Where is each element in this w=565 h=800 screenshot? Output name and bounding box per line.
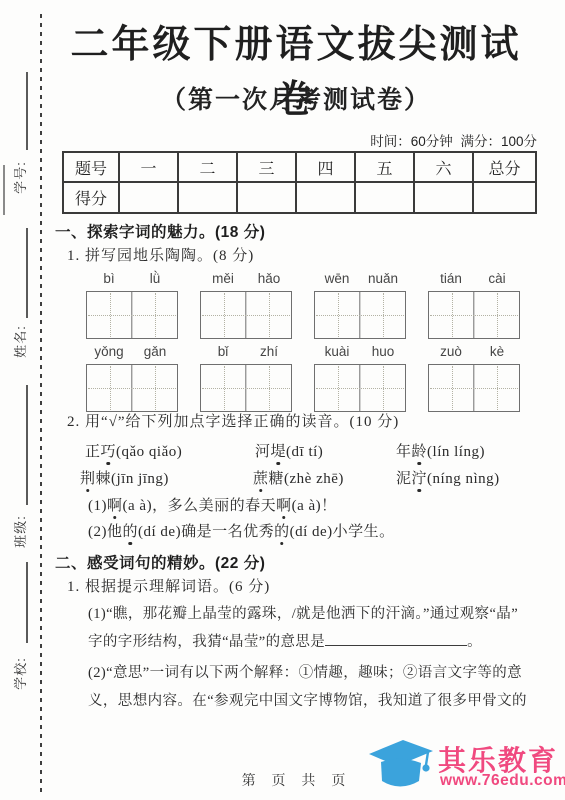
section1-heading: 一、探索字词的魅力。(18 分): [55, 220, 265, 242]
score-table-score-row: 得分: [63, 182, 536, 213]
paragraph-line: (1)“瞧，那花瓣上晶莹的露珠，/就是他洒下的汗滴。”通过观察“晶”: [88, 602, 518, 623]
grid-dotted-guide: [452, 293, 453, 337]
pinyin-syllable: hǎo: [246, 271, 292, 289]
pinyin-labels: zuò kè: [428, 344, 520, 362]
dotted-char: 的: [123, 524, 139, 540]
sentence-text: (a à)！: [292, 498, 337, 514]
score-table-header-cell: 一: [119, 152, 178, 182]
grid-dotted-guide: [155, 293, 156, 337]
grid-dotted-guide: [202, 388, 290, 389]
pinyin-syllable: zuò: [428, 344, 474, 362]
grid-dotted-guide: [110, 366, 111, 410]
class-label: 班级:: [2, 501, 36, 561]
grid-dotted-guide: [338, 293, 339, 337]
score-table-header-row: 题号 一 二 三 四 五 六 总分: [63, 152, 536, 182]
pinyin-syllable: wēn: [314, 271, 360, 289]
school-label: 学校:: [2, 643, 36, 703]
character-writing-box: [428, 291, 520, 339]
sentence-text: (a à)，多么美丽的春天: [123, 498, 277, 514]
dotted-char: 啊: [276, 498, 292, 514]
pinyin-writing-group: yǒng gǎn: [86, 344, 178, 412]
pinyin-writing-group: měi hǎo: [200, 271, 292, 339]
exam-paper-page: 学号: 姓名: 班级: 学校: 二年级下册语文拔尖测试卷 （第一次月考测试卷） …: [0, 0, 565, 800]
grid-dotted-guide: [269, 366, 270, 410]
student-name-text: 姓名:: [10, 325, 29, 358]
pinyin-writing-group: kuài huo: [314, 344, 406, 412]
dotted-char: 巧: [101, 444, 117, 460]
grid-dotted-guide: [497, 293, 498, 337]
student-name-label: 姓名:: [2, 311, 36, 371]
grid-dotted-guide: [269, 293, 270, 337]
sentence-text: (dí de)确是一名优秀: [138, 524, 274, 540]
score-empty-cell: [178, 182, 237, 213]
grid-dotted-guide: [497, 366, 498, 410]
student-number-label: 学号:: [2, 147, 36, 207]
phonetic-choice-item: 蔗糖(zhè zhē): [253, 467, 344, 488]
grid-dotted-guide: [452, 366, 453, 410]
pinyin-writing-group: tián cài: [428, 271, 520, 339]
paper-subtitle: （第一次月考测试卷）: [55, 80, 537, 116]
pinyin-writing-row: bì lǜ měi hǎo wēn nuǎn: [86, 271, 520, 339]
pinyin-syllable: měi: [200, 271, 246, 289]
character-writing-box: [86, 364, 178, 412]
pinyin-options: 棘(jīn jīng): [96, 471, 169, 487]
binding-dashed-line: [40, 14, 42, 794]
pinyin-labels: wēn nuǎn: [314, 271, 406, 289]
sentence-text: 字的字形结构，我猜“晶莹”的意思是: [88, 634, 325, 650]
character-writing-box: [428, 364, 520, 412]
score-empty-cell: [237, 182, 296, 213]
grid-dotted-guide: [338, 366, 339, 410]
score-empty-cell: [355, 182, 414, 213]
pinyin-syllable: tián: [428, 271, 474, 289]
character-writing-box: [314, 364, 406, 412]
school-text: 学校:: [10, 657, 29, 690]
class-text: 班级:: [10, 515, 29, 548]
phonetic-choice-item: 河堤(dī tí): [255, 440, 323, 461]
student-info-blank-line: [26, 72, 28, 150]
word-text: 正: [85, 444, 101, 460]
pinyin-writing-group: zuò kè: [428, 344, 520, 412]
student-number-text: 学号:: [10, 161, 29, 194]
pinyin-writing-row: yǒng gǎn bǐ zhí kuài huo: [86, 344, 520, 412]
sentence-text: 。: [467, 634, 482, 650]
pinyin-syllable: kuài: [314, 344, 360, 362]
pinyin-labels: bǐ zhí: [200, 344, 292, 362]
pinyin-syllable: zhí: [246, 344, 292, 362]
grid-dotted-guide: [224, 366, 225, 410]
pinyin-options: 糖(zhè zhē): [269, 471, 344, 487]
pinyin-syllable: kè: [474, 344, 520, 362]
question1-label: 1. 拼写园地乐陶陶。(8 分): [67, 244, 254, 265]
pinyin-syllable: huo: [360, 344, 406, 362]
student-info-blank-line: [26, 385, 28, 505]
sub-question-1: (1)啊(a à)，多么美丽的春天啊(a à)！: [88, 494, 337, 515]
character-writing-box: [314, 291, 406, 339]
pinyin-syllable: yǒng: [86, 344, 132, 362]
pinyin-syllable: lǜ: [132, 271, 178, 289]
grid-dotted-guide: [316, 315, 404, 316]
grid-dotted-guide: [316, 388, 404, 389]
score-table-header-cell: 三: [237, 152, 296, 182]
phonetic-choice-item: 正巧(qǎo qiǎo): [85, 440, 182, 461]
character-writing-box: [200, 291, 292, 339]
grid-dotted-guide: [224, 293, 225, 337]
grid-dotted-guide: [88, 315, 176, 316]
score-table-header-cell: 六: [414, 152, 473, 182]
pinyin-labels: bì lǜ: [86, 271, 178, 289]
dotted-char: 的: [274, 524, 290, 540]
paragraph-line: (2)“意思”一词有以下两个解释：①情趣，趣味；②语言文字等的意: [88, 661, 522, 682]
score-table: 题号 一 二 三 四 五 六 总分 得分: [62, 151, 537, 214]
pinyin-labels: měi hǎo: [200, 271, 292, 289]
word-text: 河: [255, 444, 271, 460]
pinyin-syllable: gǎn: [132, 344, 178, 362]
pinyin-options: (lín líng): [427, 444, 485, 460]
score-table-header-cell: 总分: [473, 152, 536, 182]
answer-blank-line: [325, 632, 467, 646]
pinyin-syllable: cài: [474, 271, 520, 289]
pinyin-writing-group: bì lǜ: [86, 271, 178, 339]
grid-dotted-guide: [202, 315, 290, 316]
pinyin-options: (dī tí): [286, 444, 323, 460]
character-writing-box: [200, 364, 292, 412]
sentence-text: (dí de)小学生。: [290, 524, 395, 540]
sentence-text: (2)他: [88, 524, 123, 540]
phonetic-choice-item: 年龄(lín líng): [396, 440, 485, 461]
student-info-blank-line: [26, 562, 28, 643]
score-empty-cell: [414, 182, 473, 213]
pinyin-writing-group: wēn nuǎn: [314, 271, 406, 339]
dotted-char: 堤: [271, 444, 287, 460]
grid-dotted-guide: [430, 315, 518, 316]
grid-dotted-guide: [383, 366, 384, 410]
pinyin-labels: kuài huo: [314, 344, 406, 362]
phonetic-choice-item: 泥泞(níng nìng): [396, 467, 500, 488]
score-table-header-cell: 二: [178, 152, 237, 182]
dotted-char: 荆: [80, 471, 96, 487]
sub-question-2: (2)他的(dí de)确是一名优秀的(dí de)小学生。: [88, 520, 395, 541]
pinyin-writing-group: bǐ zhí: [200, 344, 292, 412]
sentence-text: (1): [88, 498, 107, 514]
phonetic-choice-item: 荆棘(jīn jīng): [80, 467, 169, 488]
time-score-info: 时间：60分钟 满分：100分: [55, 130, 537, 150]
pinyin-labels: yǒng gǎn: [86, 344, 178, 362]
word-text: 泥: [396, 471, 412, 487]
graduation-cap-icon: [368, 734, 436, 796]
page-number-footer: 第 页 共 页: [230, 770, 360, 790]
dotted-char: 龄: [412, 444, 428, 460]
grid-dotted-guide: [88, 388, 176, 389]
character-writing-box: [86, 291, 178, 339]
student-info-blank-line: [26, 228, 28, 318]
score-empty-cell: [119, 182, 178, 213]
logo-website-url: www.76edu.com: [440, 772, 565, 790]
paragraph-line-with-blank: 字的字形结构，我猜“晶莹”的意思是。: [88, 630, 482, 651]
grid-dotted-guide: [155, 366, 156, 410]
pinyin-options: (qǎo qiǎo): [116, 444, 182, 460]
score-table-header-cell: 题号: [63, 152, 119, 182]
score-empty-cell: [473, 182, 536, 213]
score-empty-cell: [296, 182, 355, 213]
word-text: 年: [396, 444, 412, 460]
grid-dotted-guide: [110, 293, 111, 337]
grid-dotted-guide: [430, 388, 518, 389]
pinyin-syllable: nuǎn: [360, 271, 406, 289]
pinyin-options: (níng nìng): [427, 471, 500, 487]
pinyin-syllable: bǐ: [200, 344, 246, 362]
dotted-char: 啊: [107, 498, 123, 514]
pinyin-labels: tián cài: [428, 271, 520, 289]
dotted-char: 蔗: [253, 471, 269, 487]
paragraph-line: 义，思想内容。在“参观完中国文字博物馆，我知道了很多甲骨文的: [88, 689, 527, 710]
section2-heading: 二、感受词句的精妙。(22 分): [55, 551, 265, 573]
pinyin-syllable: bì: [86, 271, 132, 289]
score-row-label: 得分: [63, 182, 119, 213]
dotted-char: 泞: [412, 471, 428, 487]
question2-label: 2. 用“√”给下列加点字选择正确的读音。(10 分): [67, 410, 399, 431]
grid-dotted-guide: [383, 293, 384, 337]
score-table-header-cell: 四: [296, 152, 355, 182]
section2-question1-label: 1. 根据提示理解词语。(6 分): [67, 575, 270, 596]
score-table-header-cell: 五: [355, 152, 414, 182]
